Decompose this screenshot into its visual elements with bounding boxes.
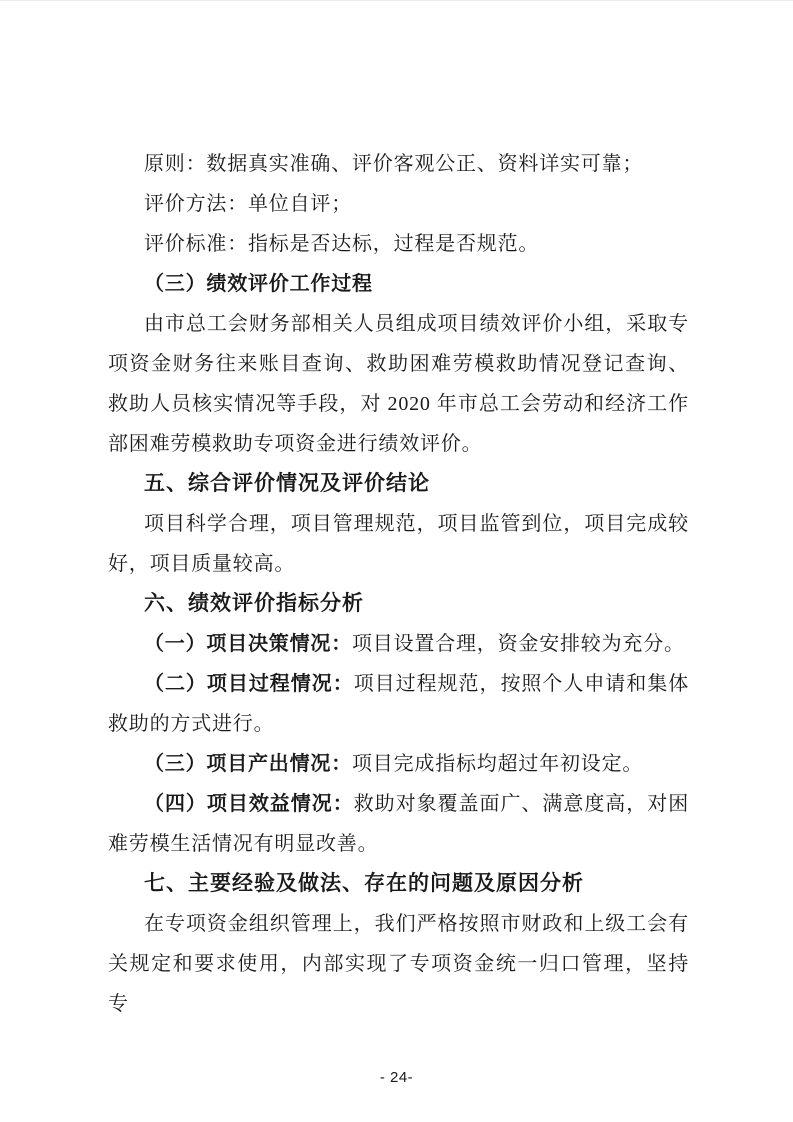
paragraph-decision: （一）项目决策情况：项目设置合理，资金安排较为充分。 [108, 624, 689, 664]
paragraph-output-lead: （三）项目产出情况： [144, 753, 352, 775]
paragraph-evaluation-standard: 评价标准：指标是否达标，过程是否规范。 [108, 224, 689, 264]
paragraph-decision-text: 项目设置合理，资金安排较为充分。 [352, 633, 685, 655]
paragraph-evaluation-method: 评价方法：单位自评； [108, 184, 689, 224]
paragraph-process: （二）项目过程情况：项目过程规范，按照个人申请和集体救助的方式进行。 [108, 664, 689, 744]
paragraph-benefit-lead: （四）项目效益情况： [144, 793, 354, 815]
section-heading-seven: 七、主要经验及做法、存在的问题及原因分析 [108, 864, 689, 904]
section-heading-six: 六、绩效评价指标分析 [108, 584, 689, 624]
section-heading-five: 五、综合评价情况及评价结论 [108, 464, 689, 504]
paragraph-output-text: 项目完成指标均超过年初设定。 [352, 753, 643, 775]
document-body: 原则：数据真实准确、评价客观公正、资料详实可靠； 评价方法：单位自评； 评价标准… [108, 144, 689, 1024]
paragraph-principles: 原则：数据真实准确、评价客观公正、资料详实可靠； [108, 144, 689, 184]
paragraph-experience: 在专项资金组织管理上，我们严格按照市财政和上级工会有关规定和要求使用，内部实现了… [108, 904, 689, 1024]
paragraph-conclusion: 项目科学合理，项目管理规范，项目监管到位，项目完成较好，项目质量较高。 [108, 504, 689, 584]
subsection-heading-work-process: （三）绩效评价工作过程 [108, 264, 689, 304]
paragraph-work-process-detail: 由市总工会财务部相关人员组成项目绩效评价小组，采取专项资金财务往来账目查询、救助… [108, 304, 689, 464]
page-number: - 24- [0, 1069, 793, 1086]
paragraph-decision-lead: （一）项目决策情况： [144, 633, 352, 655]
paragraph-benefit: （四）项目效益情况：救助对象覆盖面广、满意度高，对困难劳模生活情况有明显改善。 [108, 784, 689, 864]
paragraph-process-lead: （二）项目过程情况： [144, 673, 354, 695]
document-page: 原则：数据真实准确、评价客观公正、资料详实可靠； 评价方法：单位自评； 评价标准… [0, 0, 793, 1122]
paragraph-output: （三）项目产出情况：项目完成指标均超过年初设定。 [108, 744, 689, 784]
